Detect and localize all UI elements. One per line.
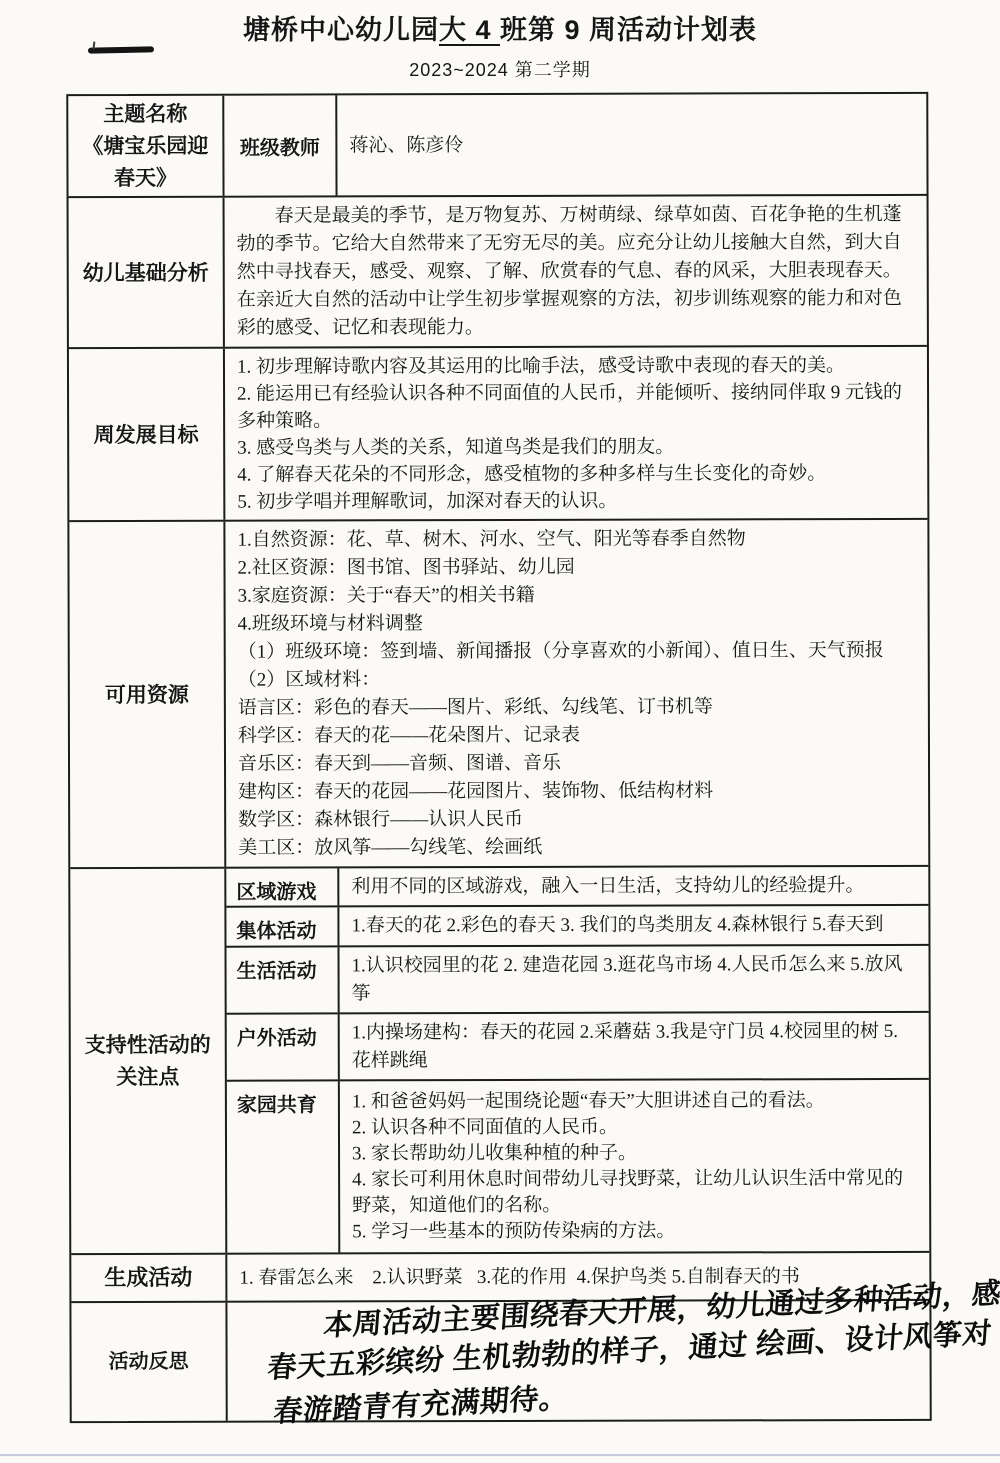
- group-activity-label: 集体活动: [226, 907, 339, 945]
- theme-label-line3: 春天》: [114, 162, 177, 194]
- goal-item: 4. 了解春天花朵的不同形念，感受植物的多种多样与生长变化的奇妙。: [237, 460, 915, 489]
- analysis-paragraph: 春天是最美的季节，是万物复苏、万树萌绿、绿草如茵、百花争艳的生机蓬勃的季节。它给…: [237, 201, 915, 343]
- resource-line: 科学区：春天的花——花朵图片、记录表: [238, 721, 916, 751]
- title-prefix: 塘桥中心幼儿园: [243, 15, 439, 45]
- class-teacher-label-text: 班级教师: [240, 131, 320, 160]
- area-games-text: 利用不同的区域游戏，融入一日生活，支持幼儿的经验提升。: [351, 872, 916, 901]
- resource-line: 音乐区：春天到——音频、图谱、音乐: [238, 749, 916, 779]
- subrow-outdoor-activity: 户外活动 1.内操场建构：春天的花园 2.采蘑菇 3.我是守门员 4.校园里的树…: [227, 1011, 929, 1080]
- generated-label-text: 生成活动: [104, 1262, 192, 1294]
- area-games-content: 利用不同的区域游戏，融入一日生活，支持幼儿的经验提升。: [339, 867, 928, 906]
- support-label-line2: 关注点: [116, 1061, 179, 1093]
- resource-line: 2.社区资源：图书馆、图书驿站、幼儿园: [237, 553, 915, 583]
- life-activity-content: 1.认识校园里的花 2. 建造花园 3.逛花鸟市场 4.人民币怎么来 5.放风筝: [339, 946, 928, 1013]
- theme-label-line1: 主题名称: [103, 98, 187, 130]
- resource-line: （2）区域材料：: [238, 665, 916, 695]
- handwriting-line: 春游踏青有充满期待。: [273, 1384, 570, 1426]
- class-teacher-label: 班级教师: [224, 95, 337, 195]
- life-activity-label: 生活活动: [226, 947, 339, 1012]
- home-coop-item: 3. 家长帮助幼儿收集种植的种子。: [352, 1140, 917, 1167]
- analysis-content: 春天是最美的季节，是万物复苏、万树萌绿、绿草如茵、百花争艳的生机蓬勃的季节。它给…: [225, 196, 927, 347]
- life-activity-text: 1.认识校园里的花 2. 建造花园 3.逛花鸟市场 4.人民币怎么来 5.放风筝: [352, 951, 917, 1008]
- table-row-theme: 主题名称 《塘宝乐园迎 春天》 班级教师 蒋沁、陈彦伶: [68, 94, 926, 196]
- resource-line: 4.班级环境与材料调整: [238, 609, 916, 639]
- support-label: 支持性活动的 关注点: [70, 869, 227, 1253]
- group-activity-label-text: 集体活动: [236, 920, 316, 942]
- goals-content: 1. 初步理解诗歌内容及其运用的比喻手法，感受诗歌中表现的春天的美。 2. 能运…: [225, 347, 927, 520]
- reflection-label: 活动反思: [71, 1303, 227, 1421]
- resource-line: 1.自然资源：花、草、树木、河水、空气、阳光等春季自然物: [237, 525, 915, 555]
- scanned-document-page: 塘桥中心幼儿园大 4 班第 9 周活动计划表 2023~2024 第二学期 主题…: [0, 0, 1000, 1463]
- teacher-names: 蒋沁、陈彦伶: [349, 130, 914, 159]
- life-activity-label-text: 生活活动: [237, 960, 317, 982]
- resources-label: 可用资源: [69, 522, 226, 867]
- outdoor-activity-label: 户外活动: [227, 1014, 340, 1079]
- goal-item: 5. 初步学唱并理解歌词，加深对春天的认识。: [237, 487, 915, 516]
- support-subrows: 区域游戏 利用不同的区域游戏，融入一日生活，支持幼儿的经验提升。 集体活动 1.…: [226, 867, 929, 1253]
- goal-item: 1. 初步理解诗歌内容及其运用的比喻手法，感受诗歌中表现的春天的美。: [237, 352, 915, 381]
- group-activity-text: 1.春天的花 2.彩色的春天 3. 我们的鸟类朋友 4.森林银行 5.春天到: [351, 911, 916, 940]
- goals-label-text: 周发展目标: [94, 418, 199, 450]
- home-coop-content: 1. 和爸爸妈妈一起围绕论题“春天”大胆讲述自己的看法。 2. 认识各种不同面值…: [340, 1080, 929, 1253]
- subrow-area-games: 区域游戏 利用不同的区域游戏，融入一日生活，支持幼儿的经验提升。: [226, 867, 928, 906]
- outdoor-activity-label-text: 户外活动: [237, 1027, 317, 1049]
- theme-label-line2: 《塘宝乐园迎: [82, 130, 208, 162]
- resource-line: 建构区：春天的花园——花园图片、装饰物、低结构材料: [238, 777, 916, 807]
- resource-line: （1）班级环境：签到墙、新闻播报（分享喜欢的小新闻）、值日生、天气预报: [238, 637, 916, 667]
- page-subtitle: 2023~2024 第二学期: [0, 56, 1000, 82]
- table-row-resources: 可用资源 1.自然资源：花、草、树木、河水、空气、阳光等春季自然物 2.社区资源…: [69, 518, 928, 867]
- resource-line: 美工区：放风筝——勾线笔、绘画纸: [238, 833, 916, 863]
- goals-label: 周发展目标: [69, 349, 225, 520]
- resource-line: 语言区：彩色的春天——图片、彩纸、勾线笔、订书机等: [238, 693, 916, 723]
- resources-label-text: 可用资源: [105, 678, 189, 710]
- resource-line: 3.家庭资源：关于“春天”的相关书籍: [238, 581, 916, 611]
- home-coop-label: 家园共育: [227, 1081, 340, 1252]
- reflection-content: 本周活动主要围绕春天开展，幼儿通过多种活动，感受到 春天五彩缤纷 生机勃勃的样子…: [227, 1301, 929, 1421]
- class-teacher-value: 蒋沁、陈彦伶: [337, 94, 926, 196]
- subrow-group-activity: 集体活动 1.春天的花 2.彩色的春天 3. 我们的鸟类朋友 4.森林银行 5.…: [226, 904, 928, 946]
- outdoor-activity-text: 1.内操场建构：春天的花园 2.采蘑菇 3.我是守门员 4.校园里的树 5.花样…: [352, 1018, 917, 1075]
- scan-artifact-mark: [88, 46, 154, 53]
- goal-item: 3. 感受鸟类与人类的关系，知道鸟类是我们的朋友。: [237, 433, 915, 462]
- home-coop-item: 2. 认识各种不同面值的人民币。: [352, 1114, 917, 1141]
- title-class-underlined: 大 4: [439, 15, 500, 45]
- goal-item: 2. 能运用已有经验认识各种不同面值的人民币，并能倾听、接纳同伴取 9 元钱的多…: [237, 379, 915, 435]
- reflection-label-text: 活动反思: [109, 1346, 189, 1378]
- generated-label: 生成活动: [71, 1255, 227, 1301]
- home-coop-item: 1. 和爸爸妈妈一起围绕论题“春天”大胆讲述自己的看法。: [352, 1088, 917, 1115]
- table-row-reflection: 活动反思 本周活动主要围绕春天开展，幼儿通过多种活动，感受到 春天五彩缤纷 生机…: [71, 1299, 929, 1421]
- page-title: 塘桥中心幼儿园大 4 班第 9 周活动计划表: [0, 8, 1000, 47]
- home-coop-item: 4. 家长可利用休息时间带幼儿寻找野菜，让幼儿认识生活中常见的野菜，知道他们的名…: [352, 1166, 917, 1219]
- support-label-line1: 支持性活动的: [85, 1029, 211, 1061]
- group-activity-content: 1.春天的花 2.彩色的春天 3. 我们的鸟类朋友 4.森林银行 5.春天到: [339, 906, 928, 946]
- title-suffix: 班第 9 周活动计划表: [500, 15, 757, 45]
- theme-name-label: 主题名称 《塘宝乐园迎 春天》: [68, 96, 224, 196]
- activity-plan-table: 主题名称 《塘宝乐园迎 春天》 班级教师 蒋沁、陈彦伶 幼儿基础分析 春天是最美…: [66, 92, 931, 1423]
- table-row-support: 支持性活动的 关注点 区域游戏 利用不同的区域游戏，融入一日生活，支持幼儿的经验…: [70, 865, 929, 1253]
- outdoor-activity-content: 1.内操场建构：春天的花园 2.采蘑菇 3.我是守门员 4.校园里的树 5.花样…: [340, 1013, 929, 1080]
- subrow-home-coop: 家园共育 1. 和爸爸妈妈一起围绕论题“春天”大胆讲述自己的看法。 2. 认识各…: [227, 1078, 929, 1253]
- analysis-label: 幼儿基础分析: [69, 198, 225, 347]
- home-coop-label-text: 家园共育: [237, 1094, 317, 1116]
- home-coop-item: 5. 学习一些基本的预防传染病的方法。: [352, 1218, 917, 1245]
- area-games-label-text: 区域游戏: [236, 881, 316, 903]
- area-games-label: 区域游戏: [226, 868, 339, 905]
- table-row-analysis: 幼儿基础分析 春天是最美的季节，是万物复苏、万树萌绿、绿草如茵、百花争艳的生机蓬…: [69, 194, 927, 347]
- subrow-life-activity: 生活活动 1.认识校园里的花 2. 建造花园 3.逛花鸟市场 4.人民币怎么来 …: [226, 944, 928, 1013]
- scan-bottom-edge: [0, 1454, 1000, 1456]
- table-row-goals: 周发展目标 1. 初步理解诗歌内容及其运用的比喻手法，感受诗歌中表现的春天的美。…: [69, 345, 927, 520]
- resources-content: 1.自然资源：花、草、树木、河水、空气、阳光等春季自然物 2.社区资源：图书馆、…: [225, 520, 928, 867]
- analysis-label-text: 幼儿基础分析: [83, 256, 209, 288]
- resource-line: 数学区：森林银行——认识人民币: [238, 805, 916, 835]
